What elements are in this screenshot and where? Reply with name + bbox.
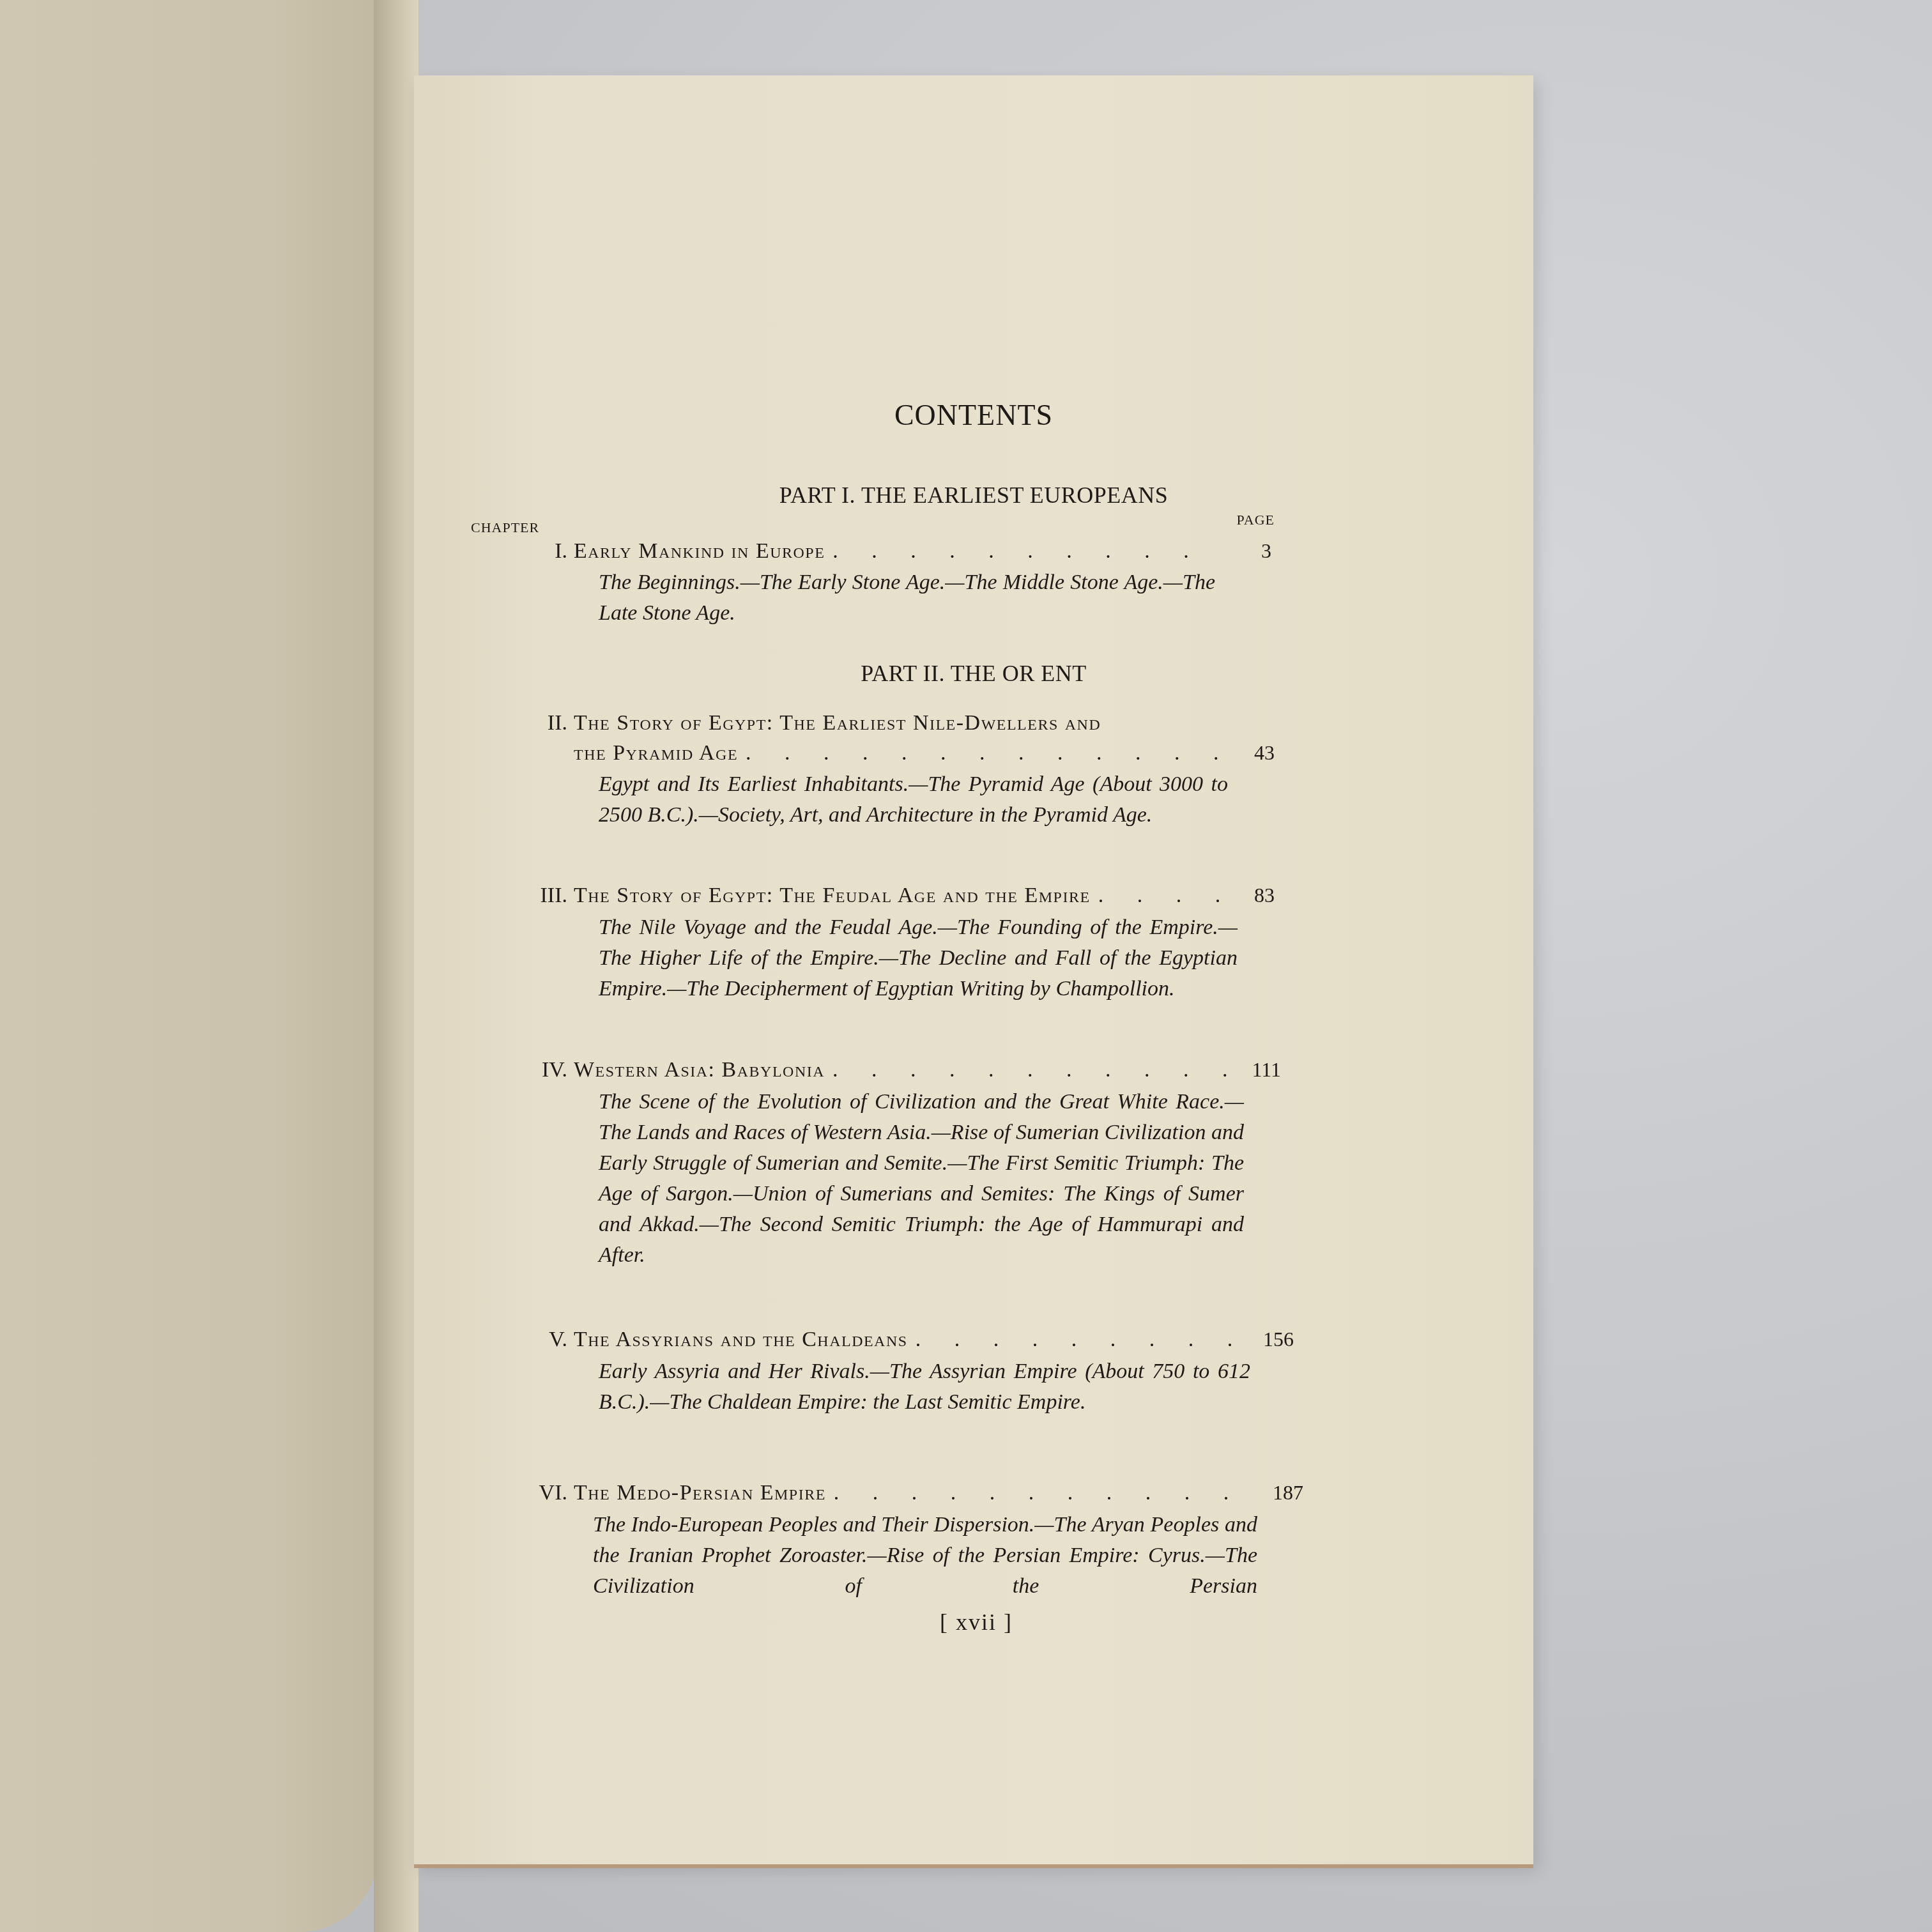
page-number: 3 (1261, 539, 1271, 563)
dot-leader: . . . . . . . . . . . . . . . . . . . . … (834, 1481, 1251, 1505)
toc-entry-chapter-3[interactable]: III. The Story of Egypt: The Feudal Age … (414, 884, 1533, 914)
chapter-numeral: IV. (497, 1058, 567, 1082)
dot-leader: . . . . . . . . . . . . . . . . . . . . … (1098, 884, 1225, 908)
chapter-title: The Story of Egypt: The Feudal Age and t… (574, 884, 1225, 908)
left-page (0, 0, 377, 1932)
chapter-summary: Early Assyria and Her Rivals.—The Assyri… (599, 1356, 1250, 1418)
chapter-numeral: V. (510, 1328, 567, 1352)
chapter-title-continued: the Pyramid Age . . . . . . . . . . . . … (574, 741, 1225, 765)
chapter-title: The Medo-Persian Empire . . . . . . . . … (574, 1481, 1251, 1505)
page-number: 111 (1252, 1058, 1281, 1082)
page-folio: [ xvii ] (417, 1609, 1536, 1636)
dot-leader: . . . . . . . . . . . . . . . . . . . . … (916, 1328, 1241, 1352)
chapter-column-header: CHAPTER (471, 519, 539, 536)
page-title: CONTENTS (414, 398, 1533, 432)
dot-leader: . . . . . . . . . . . . . . . . . . . . … (832, 1058, 1229, 1082)
chapter-numeral: II. (510, 711, 567, 735)
chapter-summary: The Scene of the Evolution of Civilizati… (599, 1087, 1244, 1271)
page-number: 43 (1254, 741, 1275, 765)
chapter-numeral: I. (516, 539, 567, 563)
toc-entry-chapter-4[interactable]: IV. Western Asia: Babylonia . . . . . . … (414, 1058, 1533, 1089)
page-number: 156 (1263, 1328, 1294, 1351)
chapter-title: Early Mankind in Europe . . . . . . . . … (574, 539, 1215, 563)
chapter-numeral: III. (497, 884, 567, 908)
chapter-summary: The Nile Voyage and the Feudal Age.—The … (599, 912, 1238, 1004)
page-number: 187 (1273, 1481, 1303, 1505)
chapter-summary: Egypt and Its Earliest Inhabitants.—The … (599, 769, 1228, 831)
chapter-title: The Assyrians and the Chaldeans . . . . … (574, 1328, 1241, 1352)
page-column-header: PAGE (1237, 512, 1275, 528)
contents-page: CONTENTS PART I. THE EARLIEST EUROPEANS … (414, 75, 1533, 1864)
chapter-summary: The Indo-European Peoples and Their Disp… (593, 1510, 1257, 1602)
toc-entry-chapter-2[interactable]: II. The Story of Egypt: The Earliest Nil… (414, 711, 1533, 742)
dot-leader: . . . . . . . . . . . . . . . . . . . . … (746, 741, 1225, 765)
toc-entry-chapter-1[interactable]: I. Early Mankind in Europe . . . . . . .… (414, 539, 1533, 570)
chapter-numeral: VI. (497, 1481, 567, 1505)
page-number: 83 (1254, 884, 1275, 907)
chapter-title: Western Asia: Babylonia . . . . . . . . … (574, 1058, 1229, 1082)
toc-entry-chapter-2-continued[interactable]: the Pyramid Age . . . . . . . . . . . . … (414, 741, 1533, 772)
chapter-summary: The Beginnings.—The Early Stone Age.—The… (599, 567, 1215, 629)
toc-entry-chapter-6[interactable]: VI. The Medo-Persian Empire . . . . . . … (414, 1481, 1533, 1512)
book-gutter (374, 0, 418, 1932)
part-heading-2: PART II. THE OR ENT (414, 660, 1533, 687)
chapter-title: The Story of Egypt: The Earliest Nile-Dw… (574, 711, 1225, 735)
toc-entry-chapter-5[interactable]: V. The Assyrians and the Chaldeans . . .… (414, 1328, 1533, 1358)
dot-leader: . . . . . . . . . . . . . . . . . . . . … (832, 539, 1215, 563)
part-heading-1: PART I. THE EARLIEST EUROPEANS (414, 482, 1533, 509)
